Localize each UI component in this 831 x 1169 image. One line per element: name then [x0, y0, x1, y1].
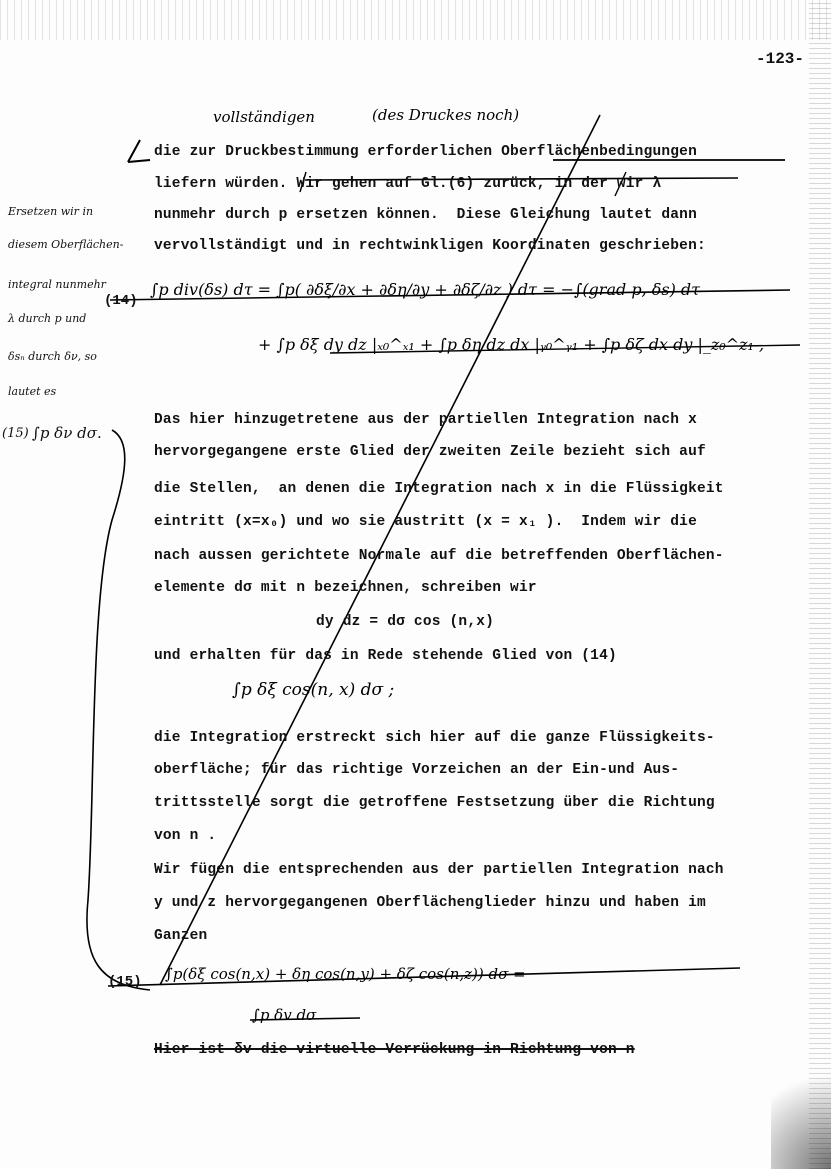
text-line-20-struck: Hier ist δv die virtuelle Verrückung in … [154, 1042, 635, 1058]
text-line-18: y und z hervorgegangenen Oberflächenglie… [154, 895, 706, 911]
text-line-6: hervorgegangene erste Glied der zweiten … [154, 444, 706, 460]
equation-14-label: (14) [104, 293, 138, 309]
text-line-12: und erhalten für das in Rede stehende Gl… [154, 648, 617, 664]
margin-note-line-6: lautet es [8, 385, 56, 398]
inline-integral: ∫p δξ cos(n, x) dσ ; [232, 680, 394, 700]
equation-15-line-2: ∫p δv dσ [252, 1006, 316, 1024]
text-line-10: elemente dσ mit n bezeichnen, schreiben … [154, 580, 537, 596]
text-line-17: Wir fügen die entsprechenden aus der par… [154, 862, 724, 878]
text-line-4: vervollständigt und in rechtwinkligen Ko… [154, 238, 706, 254]
margin-formula: ∫p δν dσ. [32, 424, 102, 442]
text-line-11: dy dz = dσ cos (n,x) [316, 614, 494, 630]
text-line-7: die Stellen, an denen die Integration na… [154, 481, 724, 497]
text-line-3: nunmehr durch p ersetzen können. Diese G… [154, 207, 697, 223]
margin-note-line-5: δsₙ durch δν, so [8, 350, 97, 363]
text-line-14: oberfläche; für das richtige Vorzeichen … [154, 762, 679, 778]
margin-note-line-2: diesem Oberflächen- [8, 238, 123, 251]
equation-15-line-1: ∫p(δξ cos(n,x) + δη cos(n,y) + δζ cos(n,… [165, 965, 526, 983]
text-line-9: nach aussen gerichtete Normale auf die b… [154, 548, 724, 564]
text-line-8: eintritt (x=x₀) und wo sie austritt (x =… [154, 514, 697, 530]
margin-note-line-3: integral nunmehr [8, 278, 106, 291]
text-line-19: Ganzen [154, 928, 207, 944]
margin-note-line-1: Ersetzen wir in [8, 205, 93, 218]
manuscript-page: -123- vollständigen (des Druckes noch) d… [0, 0, 831, 1169]
text-line-13: die Integration erstreckt sich hier auf … [154, 730, 715, 746]
text-line-15: trittsstelle sorgt die getroffene Festse… [154, 795, 715, 811]
margin-formula-label: (15) [2, 426, 29, 441]
equation-15-label: (15) [108, 974, 142, 990]
text-line-16: von n . [154, 828, 216, 844]
text-line-1: die zur Druckbestimmung erforderlichen O… [154, 144, 697, 160]
equation-14-line-1: ∫p div(δs) dτ = ∫p( ∂δξ/∂x + ∂δη/∂y + ∂δ… [150, 280, 700, 299]
margin-note-line-4: λ durch p und [8, 312, 86, 325]
text-line-2: liefern würden. Wir gehen auf Gl.(6) zur… [154, 176, 661, 192]
text-line-5: Das hier hinzugetretene aus der partiell… [154, 412, 697, 428]
equation-14-line-2: + ∫p δξ dy dz |ₓ₀^ₓ₁ + ∫p δη dz dx |ᵧ₀^ᵧ… [258, 335, 764, 354]
